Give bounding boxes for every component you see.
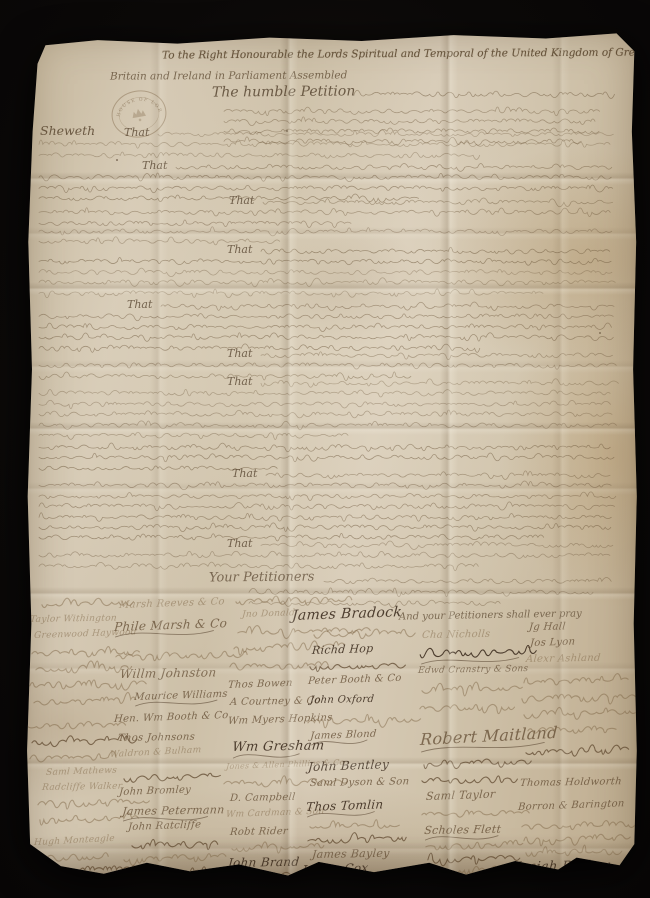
signature-illegible [526,743,622,757]
signature-illegible [426,837,522,851]
petition-document: To the Right Honourable the Lords Spirit… [24,30,638,878]
paragraph-lead-word: That [227,347,252,360]
handwritten-line [39,312,609,319]
handwritten-line [39,410,609,417]
handwritten-line [158,130,609,137]
signature-illegible [124,849,225,864]
signature: Robt Rider [230,826,289,838]
signature: A Courtney & Co [230,695,322,708]
signature: Taylor Withington [30,613,118,625]
signature-illegible [34,692,135,707]
signature-illegible [308,831,407,845]
handwritten-line [39,268,609,275]
handwritten-line [39,492,609,499]
handwritten-line [39,184,609,191]
signature-illegible [524,704,643,719]
signature: Saml Taylor [426,788,496,803]
ink-spot [116,159,118,161]
photo-backdrop: To the Right Honourable the Lords Spirit… [0,0,650,898]
signature-illegible [310,818,399,831]
paragraph-lead-word: That [124,126,149,139]
signature: John Bentley [308,757,390,774]
paragraph-lead-word: That [227,537,252,550]
handwritten-line [261,541,609,548]
signature-illegible [424,862,505,876]
signature-flourish [309,738,376,748]
signature: Maurice Williams [133,689,228,709]
handwritten-line [39,443,609,450]
signature-illegible [522,690,631,703]
handwritten-line [224,117,592,124]
signature: Saml Mathews [46,766,118,779]
handwritten-line [39,453,609,460]
signature: Isaiah Barlow [515,858,611,875]
handwritten-line [266,471,609,478]
handwritten-line [39,361,609,368]
handwritten-line [39,372,409,379]
handwritten-line [261,351,609,358]
heading-line-2: Britain and Ireland in Parliament Assemb… [110,69,347,82]
signature-illegible [524,672,625,687]
handwritten-line [39,151,478,158]
signature: Edwd Cranstry & Sons [418,664,529,676]
signature-illegible [314,626,415,639]
signature-flourish [301,873,368,883]
handwritten-line [39,344,476,351]
handwritten-line [39,551,609,558]
handwritten-line [39,400,609,407]
handwritten-line [39,173,609,180]
signature: Jos Lyon [530,636,576,649]
handwritten-line [39,562,473,569]
paragraph-lead-word: That [232,467,257,480]
handwritten-line [39,333,609,340]
ink-spot [286,130,288,132]
seal-crown-emblem [131,108,146,118]
sheweth-label: Sheweth [40,123,95,138]
signature-illegible [420,700,511,713]
signature-illegible [38,850,109,863]
signature-illegible [422,806,523,819]
handwritten-line [39,502,609,509]
signature: Saml Dyson & Son [310,776,410,789]
handwritten-line [39,208,609,215]
handwritten-line [354,90,609,97]
signature-illegible [42,595,128,609]
signature-illegible [28,718,119,731]
signature: Thos Tomlin [305,797,384,820]
signature-illegible [528,723,614,736]
signature: Alexr Ashland [526,653,602,665]
signature: Borron & Barington [518,798,625,813]
signature-flourish [133,698,227,709]
signature-illegible [130,865,206,877]
signature: Richd Hop [312,642,374,657]
signature: Hen. Wm Booth & Co [114,710,229,725]
handwritten-line [261,247,609,254]
signature: James Bradock [291,604,402,624]
signature-illegible [234,867,330,881]
paragraph-lead-word: That [142,159,167,172]
paragraph-lead-word: That [227,375,252,388]
handwritten-line [39,289,542,296]
signature: Phile Marsh & Co [113,616,227,640]
signature: Willm Johnston [119,665,217,681]
handwritten-line [39,219,345,226]
signature-illegible [310,658,403,671]
signature: Cha Nicholls [422,629,491,641]
signature-illegible [124,769,220,783]
signature: Waldron & Bulham [110,745,202,760]
handwritten-line [39,323,609,330]
handwritten-line [39,431,343,438]
petition-title-lead: The humble Petition [212,83,355,100]
signature: Thos Bowen [228,678,293,691]
signature: John Ratcliffe [128,819,202,833]
closing-lead: Your Petitioners [209,570,315,586]
signature-illegible [526,844,622,857]
paragraph-lead-word: That [229,194,254,207]
signature: John Bromley [119,784,192,798]
handwritten-line [39,257,609,264]
handwritten-line [39,227,609,234]
handwritten-line [324,577,609,584]
signature: Peter Booth & Co [308,673,402,687]
signature: Jno Donald [242,608,296,620]
signature-illegible [116,648,247,661]
handwritten-line [39,481,609,488]
signature: D. Campbell [230,792,297,804]
signature-illegible [522,818,633,831]
handwritten-line [39,523,609,530]
signature-flourish [113,628,226,640]
paragraph-lead-word: That [127,298,152,311]
handwritten-line [39,389,609,396]
signature-illegible [36,660,132,674]
signature: Thos Johnsons [118,732,196,744]
ink-spot [599,332,601,334]
signature-illegible [308,712,417,727]
signature-illegible [40,811,133,824]
handwritten-line [263,198,609,205]
handwritten-line [176,163,609,170]
signature: Marsh Reeves & Co [119,596,226,611]
paragraph-lead-word: That [227,243,252,256]
signature: Radcliffe Walker [42,782,123,793]
handwritten-line [39,533,540,540]
signature-illegible [422,772,518,785]
signature-illegible [524,830,625,845]
handwritten-line [261,379,609,386]
signature: Jg Hall [529,621,567,633]
handwritten-line [39,278,609,285]
signature: Hugh Monteagle [34,834,115,848]
signature: James Cox [301,861,369,883]
handwritten-line [161,302,609,309]
signature-illegible [132,838,218,851]
handwritten-line [224,107,599,114]
signature: James Blond [309,729,377,748]
signature: James Bayley [311,847,390,861]
handwritten-line [39,513,609,520]
signature: Thomas Holdworth [520,776,623,789]
signature-illegible [236,593,352,606]
signature-illegible [30,751,111,763]
handwritten-line [39,421,609,428]
signature: John Oxford [310,694,375,706]
signature-illegible [424,754,530,769]
signature-illegible [422,680,523,695]
signature-illegible [36,862,155,875]
parchment-shadow-wrap: To the Right Honourable the Lords Spirit… [0,0,650,898]
